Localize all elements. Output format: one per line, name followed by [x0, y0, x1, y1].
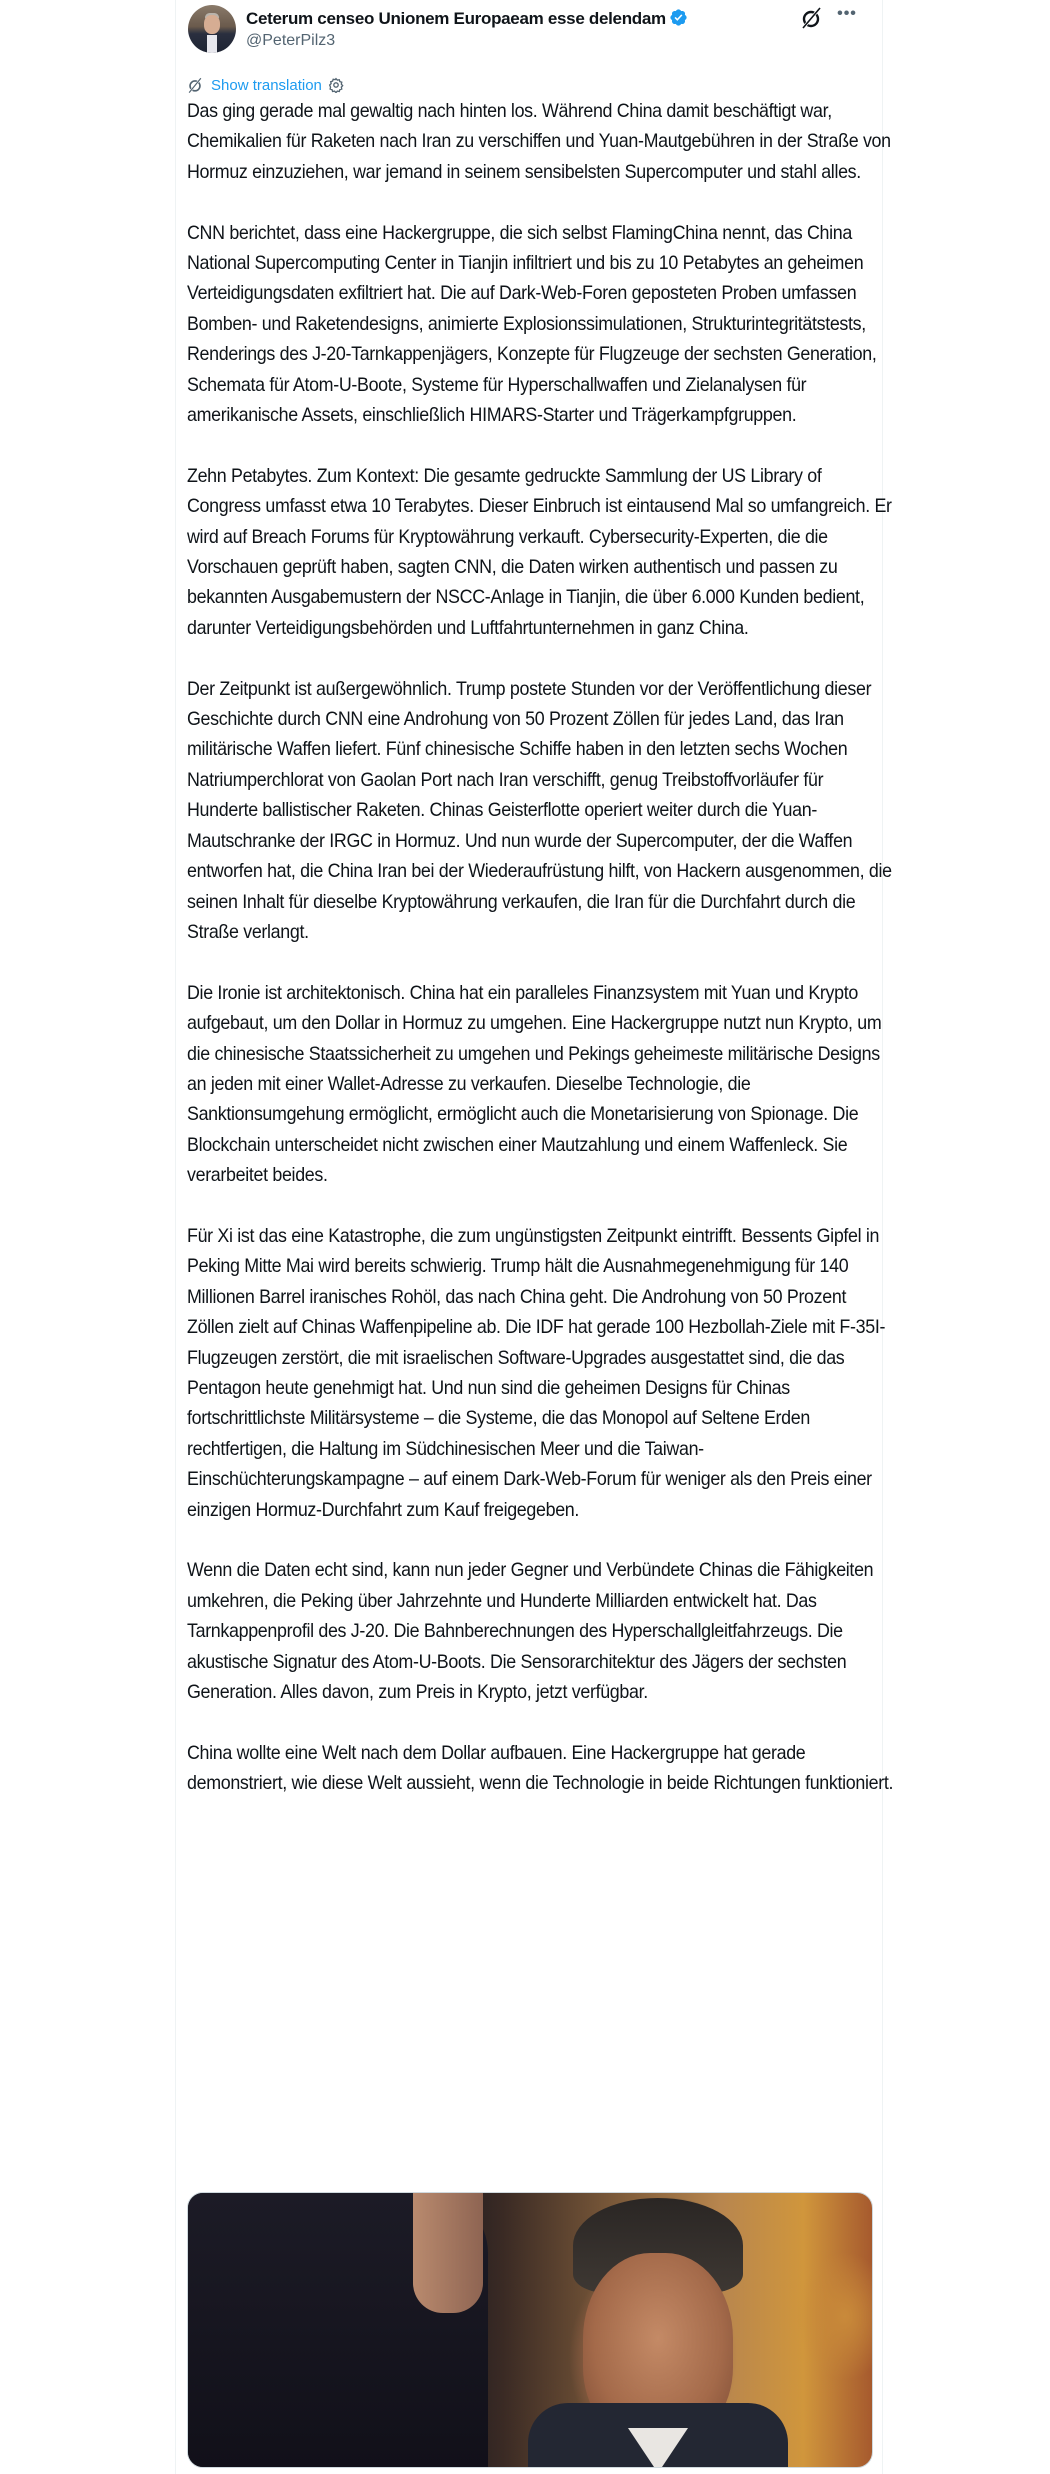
tweet-paragraph: Das ging gerade mal gewaltig nach hinten… [187, 97, 887, 188]
translate-icon [186, 76, 204, 94]
tweet-header: Ceterum censeo Unionem Europaeam esse de… [186, 5, 872, 55]
tweet-paragraph: Die Ironie ist architektonisch. China ha… [187, 979, 887, 1192]
tweet-paragraph: CNN berichtet, dass eine Hackergruppe, d… [187, 219, 887, 432]
tweet-photo[interactable] [187, 2192, 873, 2468]
tweet-paragraph: Für Xi ist das eine Katastrophe, die zum… [187, 1222, 887, 1526]
tweet-card: Ceterum censeo Unionem Europaeam esse de… [175, 0, 883, 2474]
show-translation-label: Show translation [211, 77, 322, 94]
verified-badge-icon [669, 8, 688, 27]
more-options-button[interactable]: ••• [834, 7, 860, 27]
author-display-name[interactable]: Ceterum censeo Unionem Europaeam esse de… [246, 8, 688, 29]
tweet-paragraph: China wollte eine Welt nach dem Dollar a… [187, 1739, 887, 1800]
more-horizontal-icon: ••• [837, 5, 857, 22]
show-translation-link[interactable]: Show translation [186, 75, 344, 95]
tweet-text: Das ging gerade mal gewaltig nach hinten… [187, 97, 887, 1830]
avatar[interactable] [188, 5, 236, 53]
gear-icon[interactable] [328, 77, 344, 93]
tweet-paragraph: Wenn die Daten echt sind, kann nun jeder… [187, 1556, 887, 1708]
author-handle[interactable]: @PeterPilz3 [246, 32, 335, 50]
tweet-paragraph: Der Zeitpunkt ist außergewöhnlich. Trump… [187, 675, 887, 949]
tweet-paragraph: Zehn Petabytes. Zum Kontext: Die gesamte… [187, 462, 887, 644]
grok-icon[interactable] [798, 5, 824, 31]
